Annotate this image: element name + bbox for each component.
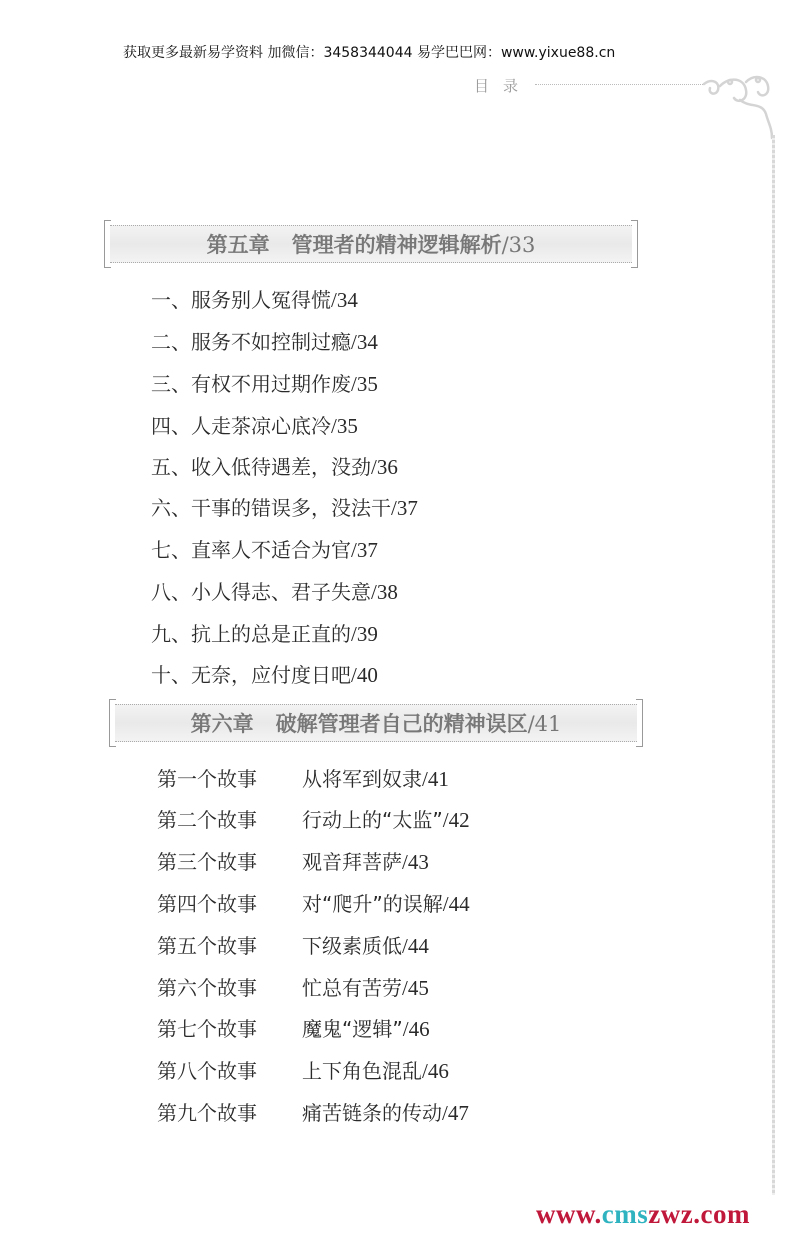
entry-page: /34: [331, 288, 358, 312]
entry-label: 第五个故事: [157, 930, 302, 959]
toc-entry[interactable]: 二、服务不如控制过瘾/34: [151, 326, 378, 355]
entry-page: /44: [402, 934, 429, 958]
entry-label: 第二个故事: [157, 804, 302, 833]
entry-label: 第四个故事: [157, 888, 302, 917]
entry-label: 第三个故事: [157, 846, 302, 875]
toc-entry[interactable]: 第二个故事行动上的“太监”/42: [157, 804, 470, 833]
entry-label: 第九个故事: [157, 1097, 302, 1126]
toc-entry[interactable]: 六、干事的错误多，没法干/37: [151, 492, 418, 521]
entry-page: /37: [391, 496, 418, 520]
toc-entry[interactable]: 第七个故事魔鬼“逻辑”/46: [157, 1013, 430, 1042]
entry-page: /35: [331, 414, 358, 438]
toc-entry[interactable]: 第六个故事忙总有苦劳/45: [157, 972, 429, 1001]
entry-page: /34: [351, 330, 378, 354]
watermark-header-text: 获取更多最新易学资料 加微信：3458344044 易学巴巴网：www.yixu…: [123, 42, 615, 62]
entry-page: /46: [422, 1059, 449, 1083]
entry-page: /38: [371, 580, 398, 604]
entry-title: 八、小人得志、君子失意: [151, 580, 371, 604]
entry-page: /43: [402, 850, 429, 874]
entry-page: /37: [351, 538, 378, 562]
entry-title: 二、服务不如控制过瘾: [151, 330, 351, 354]
chapter-number: 第五章: [207, 232, 270, 257]
entry-title: 观音拜菩萨: [302, 850, 402, 874]
toc-entry[interactable]: 第一个故事从将军到奴隶/41: [157, 763, 449, 792]
entry-page: /47: [442, 1101, 469, 1125]
running-head-rule: [535, 84, 705, 85]
entry-title: 十、无奈，应付度日吧: [151, 663, 351, 687]
entry-page: /36: [371, 455, 398, 479]
entry-title: 七、直率人不适合为官: [151, 538, 351, 562]
entry-page: /44: [443, 892, 470, 916]
toc-entry[interactable]: 第九个故事痛苦链条的传动/47: [157, 1097, 469, 1126]
chapter-name: 管理者的精神逻辑解析: [292, 232, 502, 257]
toc-entry[interactable]: 五、收入低待遇差，没劲/36: [151, 451, 398, 480]
chapter-name: 破解管理者自己的精神误区: [276, 711, 528, 736]
chapter-page: /33: [502, 233, 536, 257]
entry-title: 一、服务别人冤得慌: [151, 288, 331, 312]
entry-title: 下级素质低: [302, 934, 402, 958]
entry-title: 五、收入低待遇差，没劲: [151, 455, 371, 479]
entry-page: /40: [351, 663, 378, 687]
toc-entry[interactable]: 第四个故事对“爬升”的误解/44: [157, 888, 470, 917]
entry-title: 忙总有苦劳: [302, 976, 402, 1000]
toc-entry[interactable]: 七、直率人不适合为官/37: [151, 534, 378, 563]
chapter-banner-6: 第六章破解管理者自己的精神误区/41: [115, 704, 637, 742]
footer-watermark: www.cmszwz.com: [536, 1199, 750, 1230]
entry-label: 第七个故事: [157, 1013, 302, 1042]
entry-label: 第六个故事: [157, 972, 302, 1001]
toc-entry[interactable]: 四、人走茶凉心底冷/35: [151, 410, 358, 439]
toc-entry[interactable]: 第八个故事上下角色混乱/46: [157, 1055, 449, 1084]
entry-title: 三、有权不用过期作废: [151, 372, 351, 396]
corner-ornament-icon: [700, 72, 782, 142]
entry-title: 痛苦链条的传动: [302, 1101, 442, 1125]
entry-title: 上下角色混乱: [302, 1059, 422, 1083]
page-border-right: [772, 135, 775, 1195]
entry-label: 第八个故事: [157, 1055, 302, 1084]
chapter-number: 第六章: [191, 711, 254, 736]
entry-page: /35: [351, 372, 378, 396]
entry-title: 对“爬升”的误解: [302, 892, 443, 916]
chapter-title: 第六章破解管理者自己的精神误区/41: [191, 708, 562, 738]
entry-label: 第一个故事: [157, 763, 302, 792]
chapter-banner-5: 第五章管理者的精神逻辑解析/33: [110, 225, 632, 263]
entry-page: /39: [351, 622, 378, 646]
entry-title: 九、抗上的总是正直的: [151, 622, 351, 646]
entry-title: 魔鬼“逻辑”: [302, 1017, 403, 1041]
toc-entry[interactable]: 三、有权不用过期作废/35: [151, 368, 378, 397]
entry-title: 从将军到奴隶: [302, 767, 422, 791]
toc-entry[interactable]: 九、抗上的总是正直的/39: [151, 618, 378, 647]
chapter-page: /41: [528, 712, 562, 736]
watermark-part-domain: zwz.com: [648, 1199, 750, 1229]
entry-page: /42: [443, 808, 470, 832]
toc-entry[interactable]: 一、服务别人冤得慌/34: [151, 284, 358, 313]
toc-entry[interactable]: 八、小人得志、君子失意/38: [151, 576, 398, 605]
running-head-contents: 目录: [474, 75, 532, 96]
chapter-title: 第五章管理者的精神逻辑解析/33: [207, 229, 536, 259]
entry-page: /46: [403, 1017, 430, 1041]
entry-title: 四、人走茶凉心底冷: [151, 414, 331, 438]
entry-title: 行动上的“太监”: [302, 808, 443, 832]
toc-entry[interactable]: 第三个故事观音拜菩萨/43: [157, 846, 429, 875]
toc-entry[interactable]: 第五个故事下级素质低/44: [157, 930, 429, 959]
entry-page: /41: [422, 767, 449, 791]
toc-entry[interactable]: 十、无奈，应付度日吧/40: [151, 659, 378, 688]
watermark-part-cms: cms: [602, 1199, 648, 1229]
watermark-part-www: www.: [536, 1199, 602, 1229]
entry-title: 六、干事的错误多，没法干: [151, 496, 391, 520]
entry-page: /45: [402, 976, 429, 1000]
